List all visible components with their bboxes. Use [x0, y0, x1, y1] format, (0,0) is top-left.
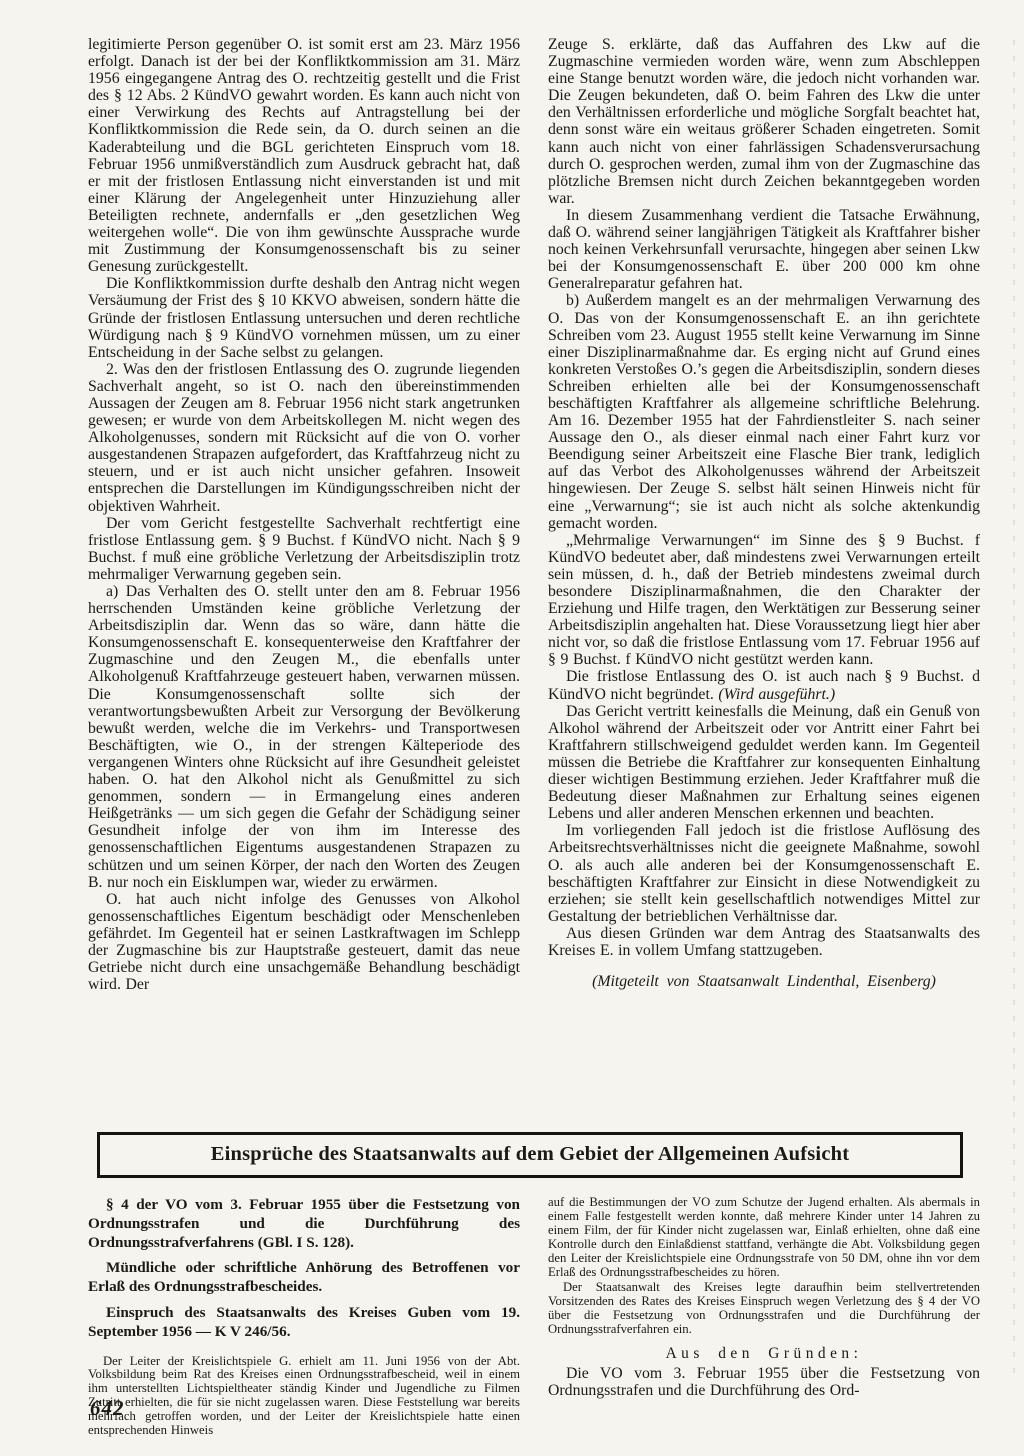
- facts-paragraph: Der Leiter der Kreislichtspiele G. erhie…: [88, 1355, 520, 1438]
- journal-page: legitimierte Person gegenüber O. ist som…: [0, 0, 1024, 1456]
- headnote-statute: § 4 der VO vom 3. Februar 1955 über die …: [88, 1196, 520, 1252]
- opposition-left-column: § 4 der VO vom 3. Februar 1955 über die …: [88, 1196, 520, 1438]
- paragraph: Zeuge S. erklärte, daß das Auffahren des…: [548, 36, 980, 207]
- case-report-right-column: Zeuge S. erklärte, daß das Auffahren des…: [548, 36, 980, 1126]
- page-number: 642: [90, 1396, 125, 1421]
- facts-paragraph: auf die Bestimmungen der VO zum Schutze …: [548, 1196, 980, 1279]
- opposition-right-column: auf die Bestimmungen der VO zum Schutze …: [548, 1196, 980, 1438]
- section-banner: Einsprüche des Staatsanwalts auf dem Geb…: [97, 1132, 963, 1178]
- paragraph: Die Konfliktkommission durfte deshalb de…: [88, 275, 520, 360]
- paragraph: legitimierte Person gegenüber O. ist som…: [88, 36, 520, 275]
- headnote-principle: Mündliche oder schriftliche Anhörung des…: [88, 1259, 520, 1297]
- paragraph-with-italic-note: Die fristlose Entlassung des O. ist auch…: [548, 668, 980, 702]
- paragraph: O. hat auch nicht infolge des Genusses v…: [88, 891, 520, 994]
- paragraph: „Mehrmalige Verwarnungen“ im Sinne des §…: [548, 532, 980, 669]
- paragraph: In diesem Zusammenhang verdient die Tats…: [548, 207, 980, 292]
- paragraph: Im vorliegenden Fall jedoch ist die fris…: [548, 822, 980, 925]
- grounds-paragraph: Die VO vom 3. Februar 1955 über die Fest…: [548, 1365, 980, 1399]
- scan-edge-artifact: [1013, 40, 1015, 1380]
- opposition-report-columns: § 4 der VO vom 3. Februar 1955 über die …: [88, 1196, 980, 1438]
- paragraph: b) Außerdem mangelt es an der mehrmalige…: [548, 292, 980, 531]
- contributor-credit: (Mitgeteilt von Staatsanwalt Lindenthal,…: [548, 973, 980, 990]
- paragraph: 2. Was den der fristlosen Entlassung des…: [88, 361, 520, 515]
- paragraph: Der vom Gericht festgestellte Sachverhal…: [88, 515, 520, 583]
- headnote-case-reference: Einspruch des Staatsanwalts des Kreises …: [88, 1304, 520, 1342]
- case-report-left-column: legitimierte Person gegenüber O. ist som…: [88, 36, 520, 1126]
- paragraph: a) Das Verhalten des O. stellt unter den…: [88, 583, 520, 891]
- section-title: Einsprüche des Staatsanwalts auf dem Geb…: [110, 1142, 950, 1166]
- grounds-heading: Aus den Gründen:: [548, 1345, 980, 1363]
- facts-paragraph: Der Staatsanwalt des Kreises legte darau…: [548, 1281, 980, 1337]
- paragraph: Aus diesen Gründen war dem Antrag des St…: [548, 925, 980, 959]
- case-report-columns: legitimierte Person gegenüber O. ist som…: [88, 36, 980, 1126]
- paragraph: Das Gericht vertritt keinesfalls die Mei…: [548, 703, 980, 823]
- editorial-note: (Wird ausgeführt.): [718, 686, 835, 703]
